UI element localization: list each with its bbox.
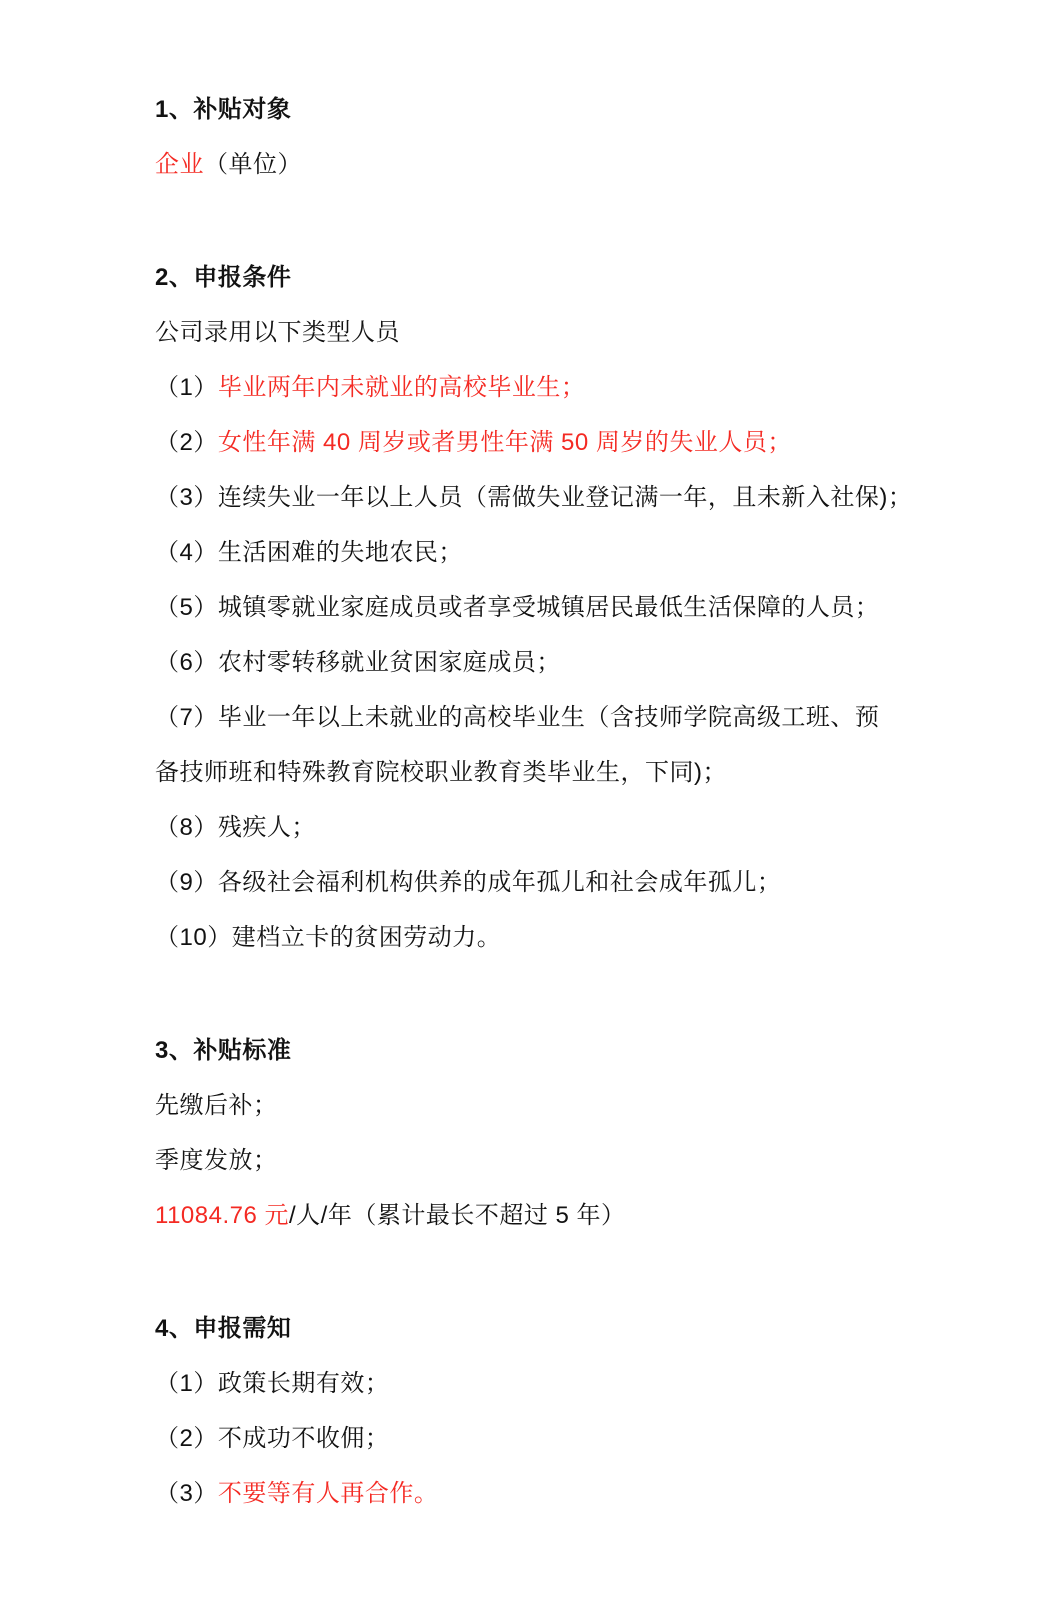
text-run: 备技师班和特殊教育院校职业教育类毕业生，下同)； [155, 759, 727, 786]
text-run: 企业 [155, 151, 204, 178]
section: 1、补贴对象企业（单位） [155, 82, 898, 192]
text-run: （5）城镇零就业家庭成员或者享受城镇居民最低生活保障的人员； [155, 594, 879, 621]
text-run: 不要等有人再合作。 [218, 1480, 439, 1507]
section-heading: 2、申报条件 [155, 250, 898, 305]
paragraph: 先缴后补； [155, 1078, 898, 1133]
paragraph: （2）不成功不收佣； [155, 1411, 898, 1466]
section-heading: 1、补贴对象 [155, 82, 898, 137]
text-run: （1）政策长期有效； [155, 1370, 389, 1397]
paragraph: （5）城镇零就业家庭成员或者享受城镇居民最低生活保障的人员； [155, 580, 898, 635]
paragraph: （10）建档立卡的贫困劳动力。 [155, 910, 898, 965]
text-run: （10）建档立卡的贫困劳动力。 [155, 924, 501, 951]
text-run: 11084.76 元 [155, 1202, 289, 1229]
text-run: （9）各级社会福利机构供养的成年孤儿和社会成年孤儿； [155, 869, 781, 896]
paragraph: （1）毕业两年内未就业的高校毕业生； [155, 360, 898, 415]
text-run: （7）毕业一年以上未就业的高校毕业生（含技师学院高级工班、预 [155, 704, 879, 731]
paragraph: 企业（单位） [155, 137, 898, 192]
paragraph: （3）连续失业一年以上人员（需做失业登记满一年，且未新入社保)； [155, 470, 898, 525]
text-run: 季度发放； [155, 1147, 278, 1174]
section-heading: 3、补贴标准 [155, 1023, 898, 1078]
paragraph: （8）残疾人； [155, 800, 898, 855]
text-run: （3）连续失业一年以上人员（需做失业登记满一年，且未新入社保)； [155, 484, 912, 511]
section: 2、申报条件公司录用以下类型人员（1）毕业两年内未就业的高校毕业生；（2）女性年… [155, 250, 898, 965]
document-page: 1、补贴对象企业（单位）2、申报条件公司录用以下类型人员（1）毕业两年内未就业的… [0, 0, 1043, 1600]
paragraph: 公司录用以下类型人员 [155, 305, 898, 360]
text-run: 先缴后补； [155, 1092, 278, 1119]
text-run: 毕业两年内未就业的高校毕业生； [218, 374, 586, 401]
paragraph: 季度发放； [155, 1133, 898, 1188]
text-run: （2） [155, 429, 218, 456]
paragraph: （2）女性年满 40 周岁或者男性年满 50 周岁的失业人员； [155, 415, 898, 470]
text-run: 女性年满 40 周岁或者男性年满 50 周岁的失业人员； [218, 429, 792, 456]
paragraph: （1）政策长期有效； [155, 1356, 898, 1411]
section-heading: 4、申报需知 [155, 1301, 898, 1356]
paragraph: 11084.76 元/人/年（累计最长不超过 5 年） [155, 1188, 898, 1243]
paragraph: （9）各级社会福利机构供养的成年孤儿和社会成年孤儿； [155, 855, 898, 910]
text-run: （单位） [204, 151, 302, 178]
text-run: （8）残疾人； [155, 814, 316, 841]
text-run: 公司录用以下类型人员 [155, 319, 400, 346]
paragraph: （3）不要等有人再合作。 [155, 1466, 898, 1521]
document-body: 1、补贴对象企业（单位）2、申报条件公司录用以下类型人员（1）毕业两年内未就业的… [155, 82, 898, 1521]
text-run: /人/年（累计最长不超过 5 年） [289, 1202, 626, 1229]
paragraph: （4）生活困难的失地农民； [155, 525, 898, 580]
text-run: （3） [155, 1480, 218, 1507]
text-run: （2）不成功不收佣； [155, 1425, 389, 1452]
text-run: （1） [155, 374, 218, 401]
text-run: （6）农村零转移就业贫困家庭成员； [155, 649, 561, 676]
section: 3、补贴标准先缴后补；季度发放；11084.76 元/人/年（累计最长不超过 5… [155, 1023, 898, 1243]
section: 4、申报需知（1）政策长期有效；（2）不成功不收佣；（3）不要等有人再合作。 [155, 1301, 898, 1521]
paragraph: （6）农村零转移就业贫困家庭成员； [155, 635, 898, 690]
paragraph: （7）毕业一年以上未就业的高校毕业生（含技师学院高级工班、预备技师班和特殊教育院… [155, 690, 898, 800]
text-run: （4）生活困难的失地农民； [155, 539, 463, 566]
